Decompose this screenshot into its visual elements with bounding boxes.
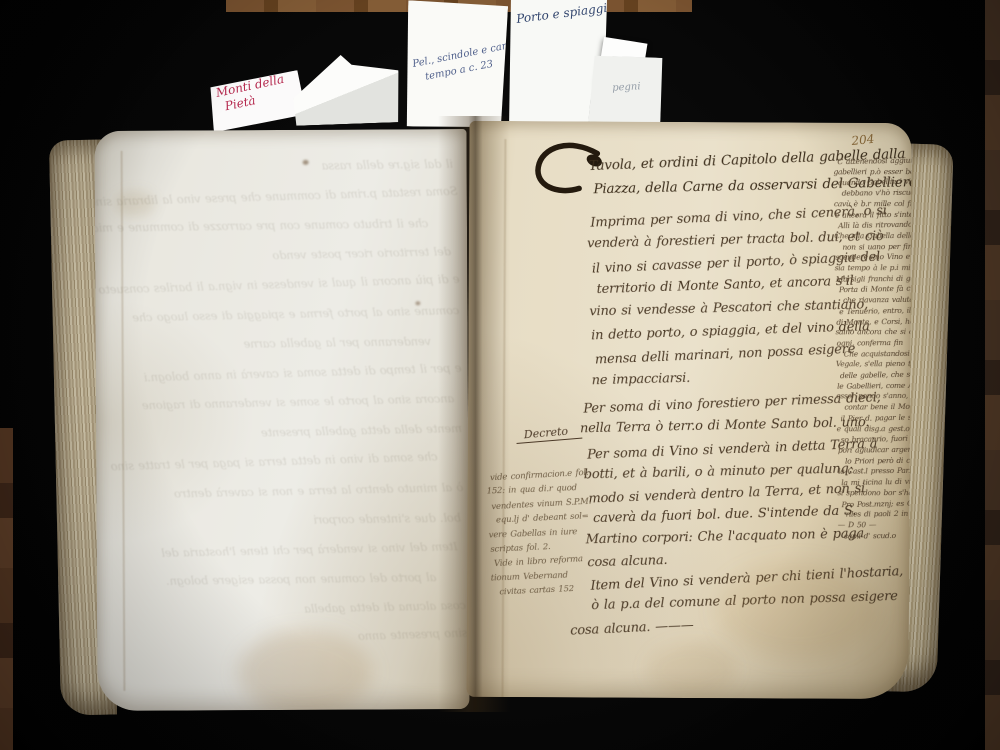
margin-note-line: sia tempo à le p.i mi s'accordi <box>835 263 912 274</box>
right-page-crease <box>501 139 506 699</box>
margin-note-line: Vegale, s'ella pieno tempo, <box>836 359 912 370</box>
margin-note-line: debbano v'hò riscuot.i e ss.ti <box>842 187 912 199</box>
tab-canne-label: Pel., scindole e canne tempo a c. 23 <box>411 36 524 86</box>
margin-note-line: esser pondo s'anno, a et v. <box>836 391 911 402</box>
margin-note-line: non si uano per fin li debba <box>842 241 911 253</box>
margin-note-line: C attenendosi aggiunti <box>837 155 911 168</box>
margin-note-line: cavù è b.r mille col franchi <box>834 199 912 210</box>
bookmark-tab-monti-della-pieta: Monti della Pietà <box>207 70 307 133</box>
margin-note-line: lo Priori però di cervad.o <box>845 455 912 467</box>
margin-note-line: ogni, conferma fin <box>837 337 912 349</box>
margin-note-line: ' cap.i d' scud.o <box>839 530 912 542</box>
page-stain <box>646 642 736 697</box>
margin-note-line: riles di paoli 2 in ba <box>846 508 912 520</box>
desk-wood-left <box>0 428 13 750</box>
right-page: 204 Tavola, et ordini di Capitolo della … <box>466 121 911 699</box>
margin-note-line: la mi ticina lu di vietor <box>841 476 911 489</box>
margin-note-line: il Pier d. pagar le ss'entre <box>840 412 911 425</box>
margin-keyword-decreto: Decreto <box>515 424 582 444</box>
bookmark-tab-pegni: pegni <box>588 54 664 128</box>
outer-margin-notes: C attenendosi aggiuntigabellieri p.ò ess… <box>834 155 911 542</box>
margin-note-line: scendere ano Vino e Bariles <box>836 252 912 264</box>
paragraph-4: Item del Vino si venderà per chi tieni l… <box>565 563 902 642</box>
bleedthrough-line: al porto del comune non possa esigere bo… <box>117 563 436 597</box>
paragraph-3: Per soma di Vino si venderà in detta Ter… <box>584 435 878 574</box>
margin-note-line: Che alla Gabella delle Spiaggie <box>834 231 911 242</box>
tab-porto-label: Porto e spiaggia <box>516 0 615 26</box>
margin-note-line: — D 50 — <box>838 520 912 531</box>
tab-pegni-label: pegni <box>612 81 641 93</box>
margin-note-line: e quali disg.a gest.one <box>837 423 912 434</box>
manuscript-photo: Monti della Pietà Pel., scindole e canne… <box>0 0 1000 750</box>
margin-note-line: che riavanza valuta Terre <box>843 294 911 306</box>
bookmark-tab-scindole-canne: Pel., scindole e canne tempo a c. 23 <box>404 0 508 129</box>
margin-note-line: so bracanrio, fuori para. <box>841 433 912 446</box>
margin-note-line: pori agiudicar argent.i <box>838 444 912 456</box>
bookmark-tab-blank <box>292 50 400 126</box>
margin-note-line: saino ancora che si concedj <box>835 327 911 338</box>
paragraph-2: Per soma di vino forestiero per rimessa … <box>580 389 879 441</box>
desk-wood-right <box>985 0 1000 750</box>
tab-monti-label: Monti della Pietà <box>215 72 289 116</box>
margin-note-line: contar bene il Mons s'onno <box>844 401 911 413</box>
left-page: il dal sig.re della rassaSoma restata p.… <box>94 129 469 711</box>
margin-note-line: e Tenuerio, entro, il Pier <box>839 305 911 318</box>
margin-note-line: si spendono bor s'hard.pio <box>837 488 911 499</box>
left-page-bleedthrough-text: il dal sig.re della rassaSoma restata p.… <box>111 148 467 657</box>
gutter-margin-notes: vide confirmacion.e fol.152: in qua di.r… <box>487 466 593 600</box>
margin-note-line: delle gabelle, che si quadrino <box>840 369 912 382</box>
